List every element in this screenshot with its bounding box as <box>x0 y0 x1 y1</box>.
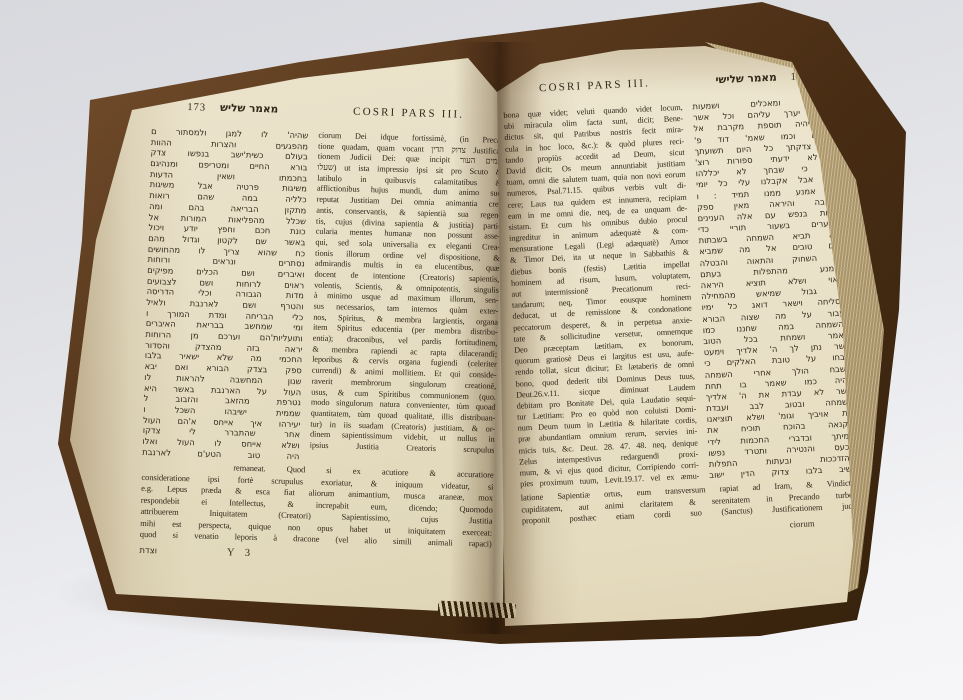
left-page-columns: שהיה' לו למגן ולמסתור םמהפגעים והצרות הה… <box>142 126 503 467</box>
left-full-width-text: remaneat. Quod si ex acutiore & accurati… <box>140 460 494 550</box>
hebrew-catchword: וצדת <box>139 546 157 556</box>
left-running-title-latin: COSRI PARS III. <box>314 105 504 122</box>
right-running-title-latin: COSRI PARS III. <box>502 76 687 96</box>
left-hebrew-column: שהיה' לו למגן ולמסתור םמהפגעים והצרות הה… <box>142 126 309 462</box>
left-latin-column: ciorum Dei idque fortissimè, (in Preca-t… <box>309 131 503 467</box>
signature-mark: Y 3 <box>227 547 254 559</box>
right-running-title-hebrew: מאמר שלישי <box>715 72 777 87</box>
left-running-title-hebrew: מאמר שליש <box>220 102 278 116</box>
right-page-columns: bona quæ videt; veluti quando videt locu… <box>503 95 856 490</box>
right-latin-column: bona quæ videt; veluti quando videt locu… <box>503 102 699 490</box>
right-page-text: COSRI PARS III. מאמר שלישי 172 bona quæ … <box>502 69 860 584</box>
latin-catchword: ciorum <box>789 518 814 529</box>
left-page-number: 173 <box>187 102 206 114</box>
endband <box>438 601 516 619</box>
left-page-header: 173 מאמר שליש COSRI PARS III. <box>151 100 503 129</box>
left-page-text: 173 מאמר שליש COSRI PARS III. שהיה' לו ל… <box>139 100 504 585</box>
book-photo: 173 מאמר שליש COSRI PARS III. שהיה' לו ל… <box>0 0 963 700</box>
left-header-hebrew-group: 173 מאמר שליש <box>152 100 314 117</box>
